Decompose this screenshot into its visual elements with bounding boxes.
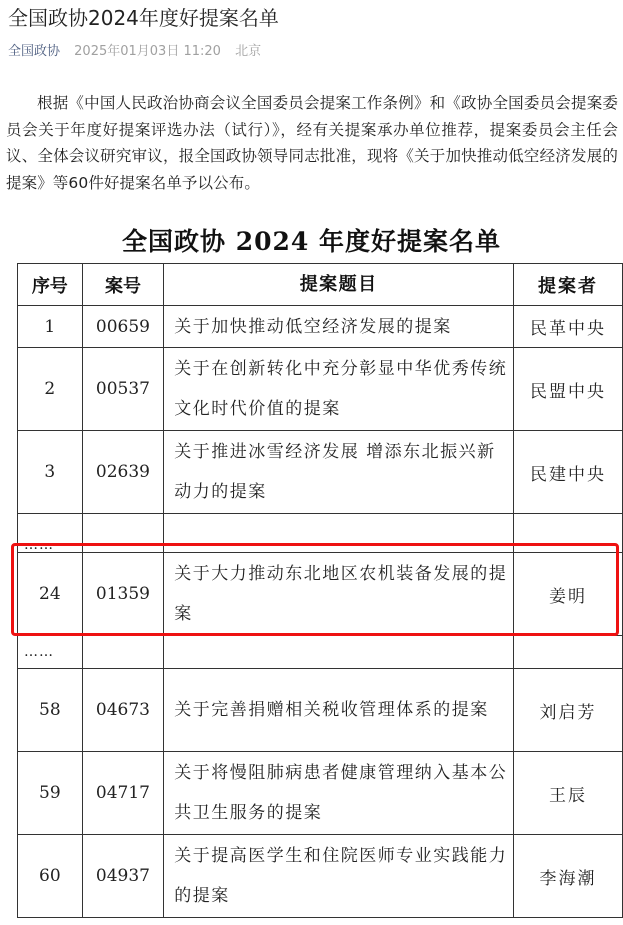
table-row: 3 02639 关于推进冰雪经济发展 增添东北振兴新动力的提案 民建中央 [18, 431, 623, 514]
table-row: 59 04717 关于将慢阻肺病患者健康管理纳入基本公共卫生服务的提案 王辰 [18, 752, 623, 835]
cell-case-no: 04937 [82, 835, 164, 918]
cell-seq: 59 [18, 752, 83, 835]
table-row: 1 00659 关于加快推动低空经济发展的提案 民革中央 [18, 306, 623, 348]
cell-author: 民盟中央 [514, 348, 623, 431]
cell-author: 民建中央 [514, 431, 623, 514]
cell-case-no: 02639 [82, 431, 164, 514]
column-header-title: 提案题目 [164, 264, 514, 306]
ellipsis-text: …… [18, 514, 83, 553]
article-meta: 全国政协 2025年01月03日 11:20 北京 [8, 42, 261, 62]
cell-title: 关于大力推动东北地区农机装备发展的提案 [164, 553, 514, 636]
cell-author: 姜明 [514, 553, 623, 636]
document-title: 全国政协 2024 年度好提案名单 [0, 222, 623, 262]
cell-title: 关于完善捐赠相关税收管理体系的提案 [164, 669, 514, 752]
cell-seq: 3 [18, 431, 83, 514]
cell-seq: 58 [18, 669, 83, 752]
cell-case-no: 04717 [82, 752, 164, 835]
cell-title: 关于在创新转化中充分彰显中华优秀传统文化时代价值的提案 [164, 348, 514, 431]
article-title: 全国政协2024年度好提案名单 [8, 4, 279, 32]
publish-location: 北京 [235, 44, 261, 59]
table-row: 60 04937 关于提高医学生和住院医师专业实践能力的提案 李海潮 [18, 835, 623, 918]
cell-title: 关于推进冰雪经济发展 增添东北振兴新动力的提案 [164, 431, 514, 514]
table-header-row: 序号 案号 提案题目 提案者 [18, 264, 623, 306]
cell-seq: 60 [18, 835, 83, 918]
cell-case-no: 00537 [82, 348, 164, 431]
cell-title: 关于加快推动低空经济发展的提案 [164, 306, 514, 348]
cell-seq: 24 [18, 553, 83, 636]
cell-case-no: 00659 [82, 306, 164, 348]
publish-time: 2025年01月03日 11:20 [74, 44, 221, 59]
cell-seq: 2 [18, 348, 83, 431]
ellipsis-text: …… [18, 636, 83, 669]
cell-case-no: 04673 [82, 669, 164, 752]
article-paragraph: 根据《中国人民政治协商会议全国委员会提案工作条例》和《政协全国委员会提案委员会关… [6, 90, 618, 196]
cell-author: 李海潮 [514, 835, 623, 918]
cell-author: 王辰 [514, 752, 623, 835]
proposal-table: 序号 案号 提案题目 提案者 1 00659 关于加快推动低空经济发展的提案 民… [17, 263, 623, 918]
column-header-seq: 序号 [18, 264, 83, 306]
table-row-highlighted: 24 01359 关于大力推动东北地区农机装备发展的提案 姜明 [18, 553, 623, 636]
cell-author: 民革中央 [514, 306, 623, 348]
cell-author: 刘启芳 [514, 669, 623, 752]
document-image: 全国政协 2024 年度好提案名单 序号 案号 提案题目 提案者 1 00659… [0, 222, 623, 925]
ellipsis-row: …… [18, 514, 623, 553]
table-row: 2 00537 关于在创新转化中充分彰显中华优秀传统文化时代价值的提案 民盟中央 [18, 348, 623, 431]
column-header-author: 提案者 [514, 264, 623, 306]
cell-seq: 1 [18, 306, 83, 348]
cell-title: 关于将慢阻肺病患者健康管理纳入基本公共卫生服务的提案 [164, 752, 514, 835]
cell-case-no: 01359 [82, 553, 164, 636]
table-row: 58 04673 关于完善捐赠相关税收管理体系的提案 刘启芳 [18, 669, 623, 752]
ellipsis-row: …… [18, 636, 623, 669]
source-link[interactable]: 全国政协 [8, 44, 60, 59]
column-header-case-no: 案号 [82, 264, 164, 306]
cell-title: 关于提高医学生和住院医师专业实践能力的提案 [164, 835, 514, 918]
